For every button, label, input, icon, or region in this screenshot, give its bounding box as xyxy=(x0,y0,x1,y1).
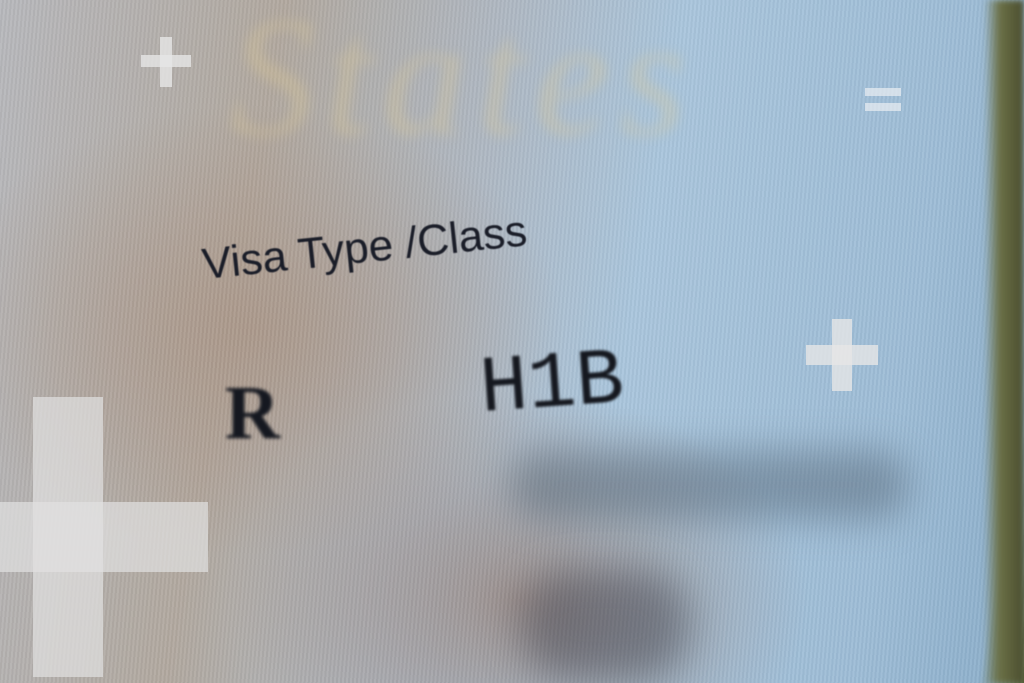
visa-photo: States Visa Type /Class R H1B xyxy=(0,0,1024,683)
document-edge xyxy=(984,0,1024,683)
equals-icon xyxy=(865,88,901,112)
blurred-text-line xyxy=(510,450,910,520)
entry-letter: R xyxy=(225,370,280,457)
blurred-text-blob xyxy=(520,570,690,680)
plus-icon-small xyxy=(141,37,191,87)
watermark-text: States xyxy=(230,0,696,175)
visa-class-value: H1B xyxy=(477,335,627,436)
plus-icon-large xyxy=(0,397,208,677)
plus-icon-right xyxy=(806,319,878,391)
